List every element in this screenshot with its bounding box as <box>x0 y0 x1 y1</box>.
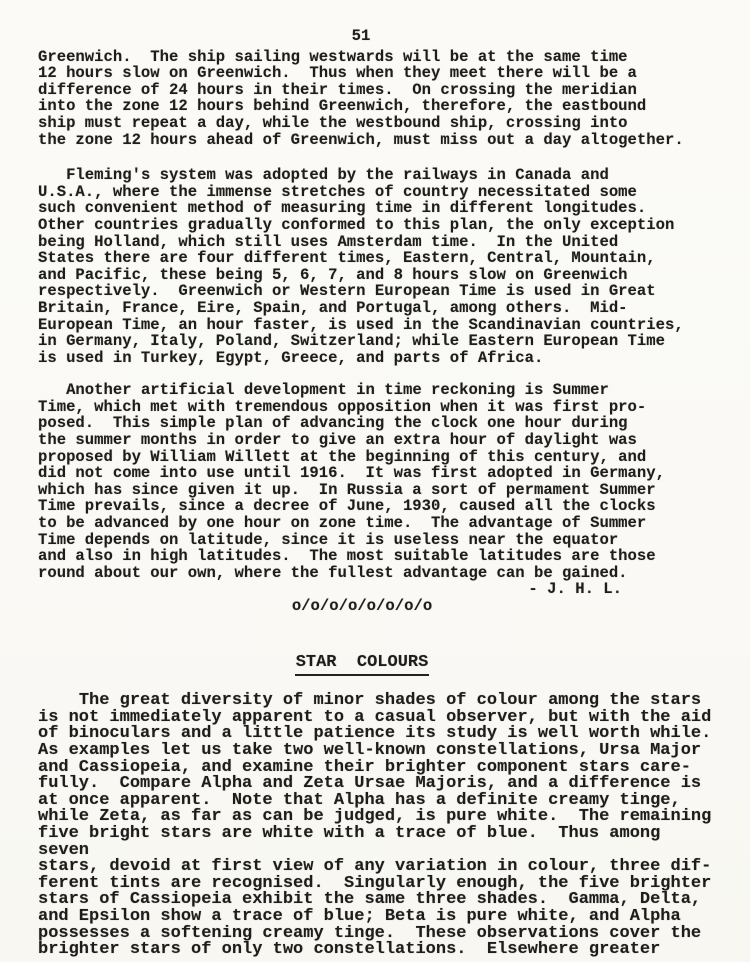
author-initials: - J. H. L. <box>38 581 714 598</box>
page-number: 51 <box>38 28 714 45</box>
section-heading-row: STAR COLOURS <box>38 653 714 677</box>
paragraph-summer-time: Another artificial development in time r… <box>38 382 714 581</box>
document-page: 51 Greenwich. The ship sailing westwards… <box>0 0 750 962</box>
paragraph-flemings-system: Fleming's system was adopted by the rail… <box>38 167 714 366</box>
paragraph-star-colours: The great diversity of minor shades of c… <box>38 693 714 959</box>
section-heading-star-colours: STAR COLOURS <box>295 655 430 677</box>
paragraph-greenwich-timezones: Greenwich. The ship sailing westwards wi… <box>38 49 714 149</box>
section-divider: o/o/o/o/o/o/o/o <box>38 598 714 615</box>
